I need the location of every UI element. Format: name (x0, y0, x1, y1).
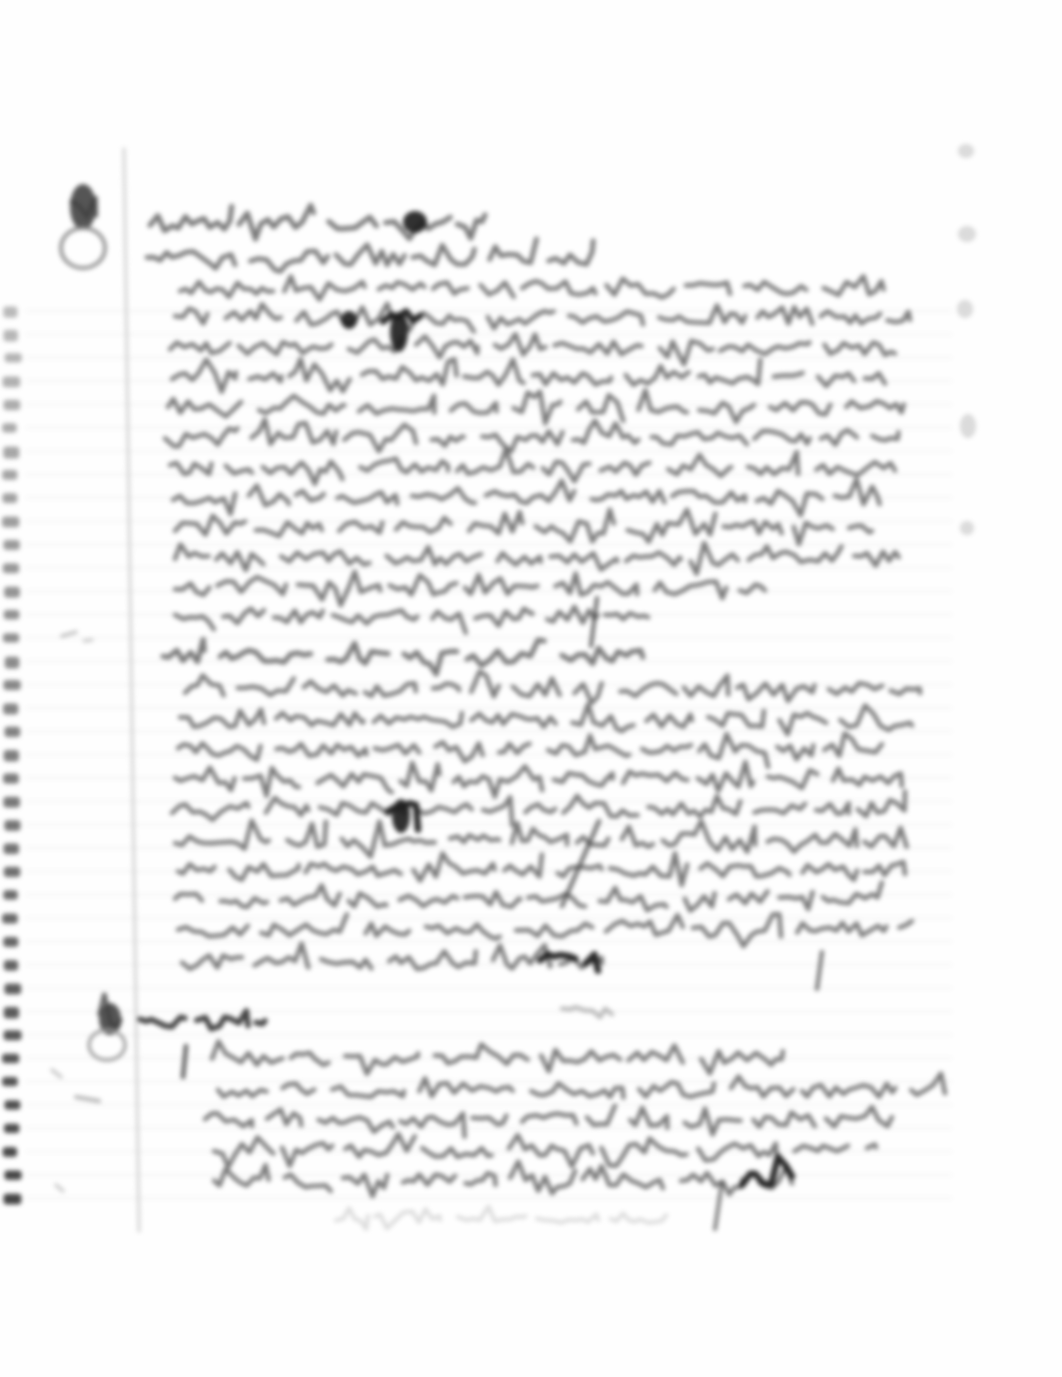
handwritten-line (178, 733, 882, 767)
handwritten-line (175, 510, 872, 545)
binding-hole-mark (3, 563, 19, 573)
handwritten-line (168, 390, 904, 423)
binding-hole-mark (3, 680, 20, 690)
binding-hole-mark (4, 1194, 22, 1205)
scanned-notebook-page (0, 0, 1062, 1377)
handwritten-line (172, 792, 905, 826)
ink-blob (403, 211, 427, 233)
stray-stroke (56, 1185, 63, 1191)
handwritten-line (140, 1011, 265, 1029)
binding-hole-mark (2, 493, 17, 503)
binding-hole-mark (3, 890, 17, 899)
ghost-bleedthrough-line (336, 1207, 666, 1229)
bleedthrough-speck (960, 414, 976, 438)
binding-hole-mark (2, 517, 19, 528)
stray-stroke (62, 632, 76, 636)
ink-blob (390, 312, 408, 352)
conclusion-margin-doodle (89, 993, 125, 1060)
bleedthrough-speck (957, 300, 973, 318)
handwritten-line (170, 334, 895, 364)
handwritten-line (147, 239, 593, 272)
binding-hole-mark (4, 1170, 21, 1179)
binding-hole-mark (3, 774, 19, 784)
top-left-doodle (61, 184, 105, 268)
handwritten-line (180, 276, 884, 299)
handwritten-line (150, 205, 485, 239)
binding-hole-mark (5, 727, 21, 737)
handwritten-line (185, 672, 920, 703)
binding-marks (2, 307, 22, 1205)
binding-hole-mark (4, 750, 19, 761)
handwritten-line (175, 607, 648, 633)
bleedthrough-speck (958, 226, 976, 242)
binding-hole-mark (2, 470, 17, 480)
ink-blob (341, 311, 357, 329)
stray-stroke (76, 1097, 99, 1101)
handwritten-line (175, 572, 765, 606)
binding-hole-mark (3, 937, 18, 947)
handwritten-line (175, 882, 882, 910)
stray-stroke (84, 640, 92, 641)
binding-hole-mark (3, 703, 18, 714)
handwriting-paragraph-2 (172, 672, 920, 971)
binding-hole-mark (4, 1007, 19, 1018)
handwritten-line (205, 1106, 892, 1137)
handwriting-paragraph-1 (165, 276, 910, 633)
binding-hole-mark (2, 1077, 18, 1086)
binding-hole-mark (3, 447, 19, 459)
binding-hole-mark (3, 1147, 17, 1157)
binding-hole-mark (4, 1124, 19, 1133)
handwritten-line (175, 543, 899, 574)
handwritten-line (175, 821, 907, 857)
binding-hole-mark (4, 984, 21, 995)
handwriting-subtitle-line (147, 239, 593, 272)
binding-hole-mark (2, 1054, 19, 1063)
binding-hole-mark (5, 353, 22, 362)
doodle-circle (61, 228, 105, 268)
binding-hole-mark (3, 797, 20, 808)
binding-hole-mark (3, 307, 17, 318)
handwritten-line (175, 762, 902, 797)
handwriting-section-heading (163, 639, 643, 674)
binding-hole-mark (4, 867, 20, 877)
handwriting-paragraph-3 (205, 1041, 945, 1196)
bleedthrough-speck (960, 521, 974, 535)
handwritten-line (170, 449, 895, 484)
bleedthrough-specks (957, 144, 976, 535)
binding-hole-mark (3, 633, 19, 642)
ink-blob (392, 799, 410, 833)
stray-stroke (183, 1046, 186, 1077)
scan-canvas (0, 0, 1062, 1377)
binding-hole-mark (4, 820, 20, 831)
handwritten-line (214, 1162, 792, 1197)
binding-hole-mark (4, 1100, 20, 1109)
handwritten-line (218, 1074, 945, 1098)
binding-hole-mark (4, 960, 18, 970)
binding-hole-mark (4, 844, 19, 854)
binding-hole-mark (5, 657, 20, 669)
bleedthrough-speck (958, 144, 974, 158)
handwritten-line (165, 419, 898, 451)
handwritten-line (175, 304, 910, 332)
stray-stroke (715, 1182, 722, 1229)
handwritten-line (178, 853, 905, 885)
binding-hole-mark (3, 400, 20, 410)
binding-hole-mark (3, 377, 21, 388)
binding-hole-mark (3, 330, 17, 341)
binding-hole-mark (4, 610, 20, 619)
handwritten-line (172, 359, 885, 392)
binding-hole-mark (4, 587, 20, 598)
handwritten-line (163, 639, 643, 674)
binding-hole-mark (2, 914, 18, 924)
binding-hole-mark (4, 1030, 22, 1040)
binding-hole-mark (3, 540, 19, 550)
binding-hole-mark (2, 423, 17, 432)
handwriting-title-heading (150, 205, 485, 239)
stray-stroke (52, 1070, 61, 1077)
handwriting-conclusion-heading (140, 1007, 612, 1029)
stray-stroke (817, 952, 822, 989)
